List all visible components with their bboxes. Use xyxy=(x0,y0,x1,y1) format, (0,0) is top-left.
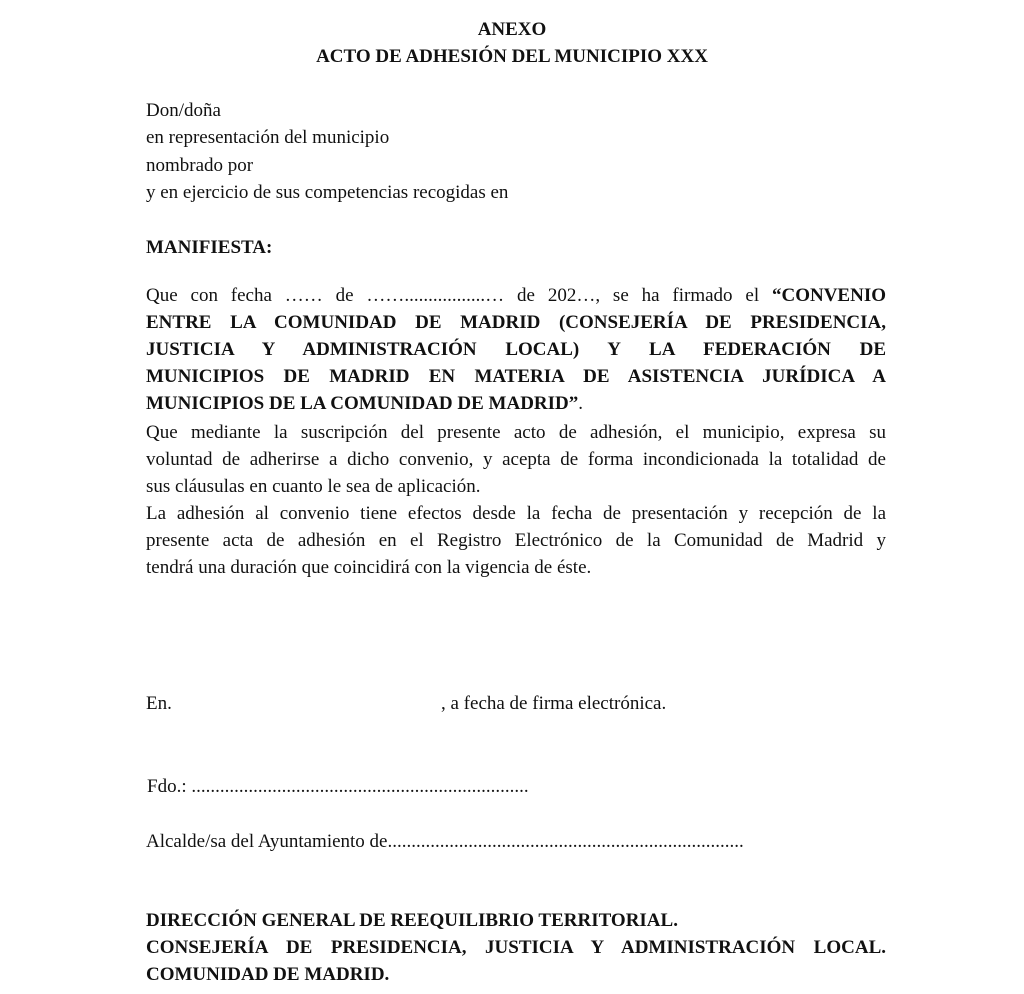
document-page: ANEXO ACTO DE ADHESIÓN DEL MUNICIPIO XXX… xyxy=(0,0,1024,994)
para1-line1: Que con fecha …… de …….................…… xyxy=(146,282,886,309)
electronic-signature-date: , a fecha de firma electrónica. xyxy=(441,690,666,717)
para2-line3: sus cláusulas en cuanto le sea de aplica… xyxy=(146,473,886,500)
para1-period: . xyxy=(578,393,583,414)
intro-line-municipality: en representación del municipio xyxy=(146,124,389,151)
footer-directorate: DIRECCIÓN GENERAL DE REEQUILIBRIO TERRIT… xyxy=(146,907,678,934)
convenio-name-end: MUNICIPIOS DE LA COMUNIDAD DE MADRID” xyxy=(146,393,578,414)
document-title: ACTO DE ADHESIÓN DEL MUNICIPIO XXX xyxy=(0,43,1024,71)
footer-ministry: CONSEJERÍA DE PRESIDENCIA, JUSTICIA Y AD… xyxy=(146,934,886,961)
para1-line2: ENTRE LA COMUNIDAD DE MADRID (CONSEJERÍA… xyxy=(146,309,886,336)
mayor-line: Alcalde/sa del Ayuntamiento de..........… xyxy=(146,828,744,855)
intro-line-competences: y en ejercicio de sus competencias recog… xyxy=(146,179,508,206)
para1-bold-start: “CONVENIO xyxy=(772,285,886,306)
manifiesta-heading: MANIFIESTA: xyxy=(146,234,272,261)
para1-line4: MUNICIPIOS DE MADRID EN MATERIA DE ASIST… xyxy=(146,363,886,390)
para3-line1: La adhesión al convenio tiene efectos de… xyxy=(146,500,886,527)
place-label: En. xyxy=(146,690,172,717)
intro-line-name: Don/doña xyxy=(146,97,221,124)
para1-plain: Que con fecha …… de …….................…… xyxy=(146,285,772,306)
footer-community: COMUNIDAD DE MADRID. xyxy=(146,961,389,988)
para2-line2: voluntad de adherirse a dicho convenio, … xyxy=(146,446,886,473)
para1-line3: JUSTICIA Y ADMINISTRACIÓN LOCAL) Y LA FE… xyxy=(146,336,886,363)
para3-line3: tendrá una duración que coincidirá con l… xyxy=(146,554,886,581)
para1-line5: MUNICIPIOS DE LA COMUNIDAD DE MADRID”. xyxy=(146,390,886,417)
signed-by-line: Fdo.: ..................................… xyxy=(147,773,529,800)
intro-line-appointed: nombrado por xyxy=(146,152,253,179)
para2-line1: Que mediante la suscripción del presente… xyxy=(146,419,886,446)
annex-title: ANEXO xyxy=(0,16,1024,44)
para3-line2: presente acta de adhesión en el Registro… xyxy=(146,527,886,554)
